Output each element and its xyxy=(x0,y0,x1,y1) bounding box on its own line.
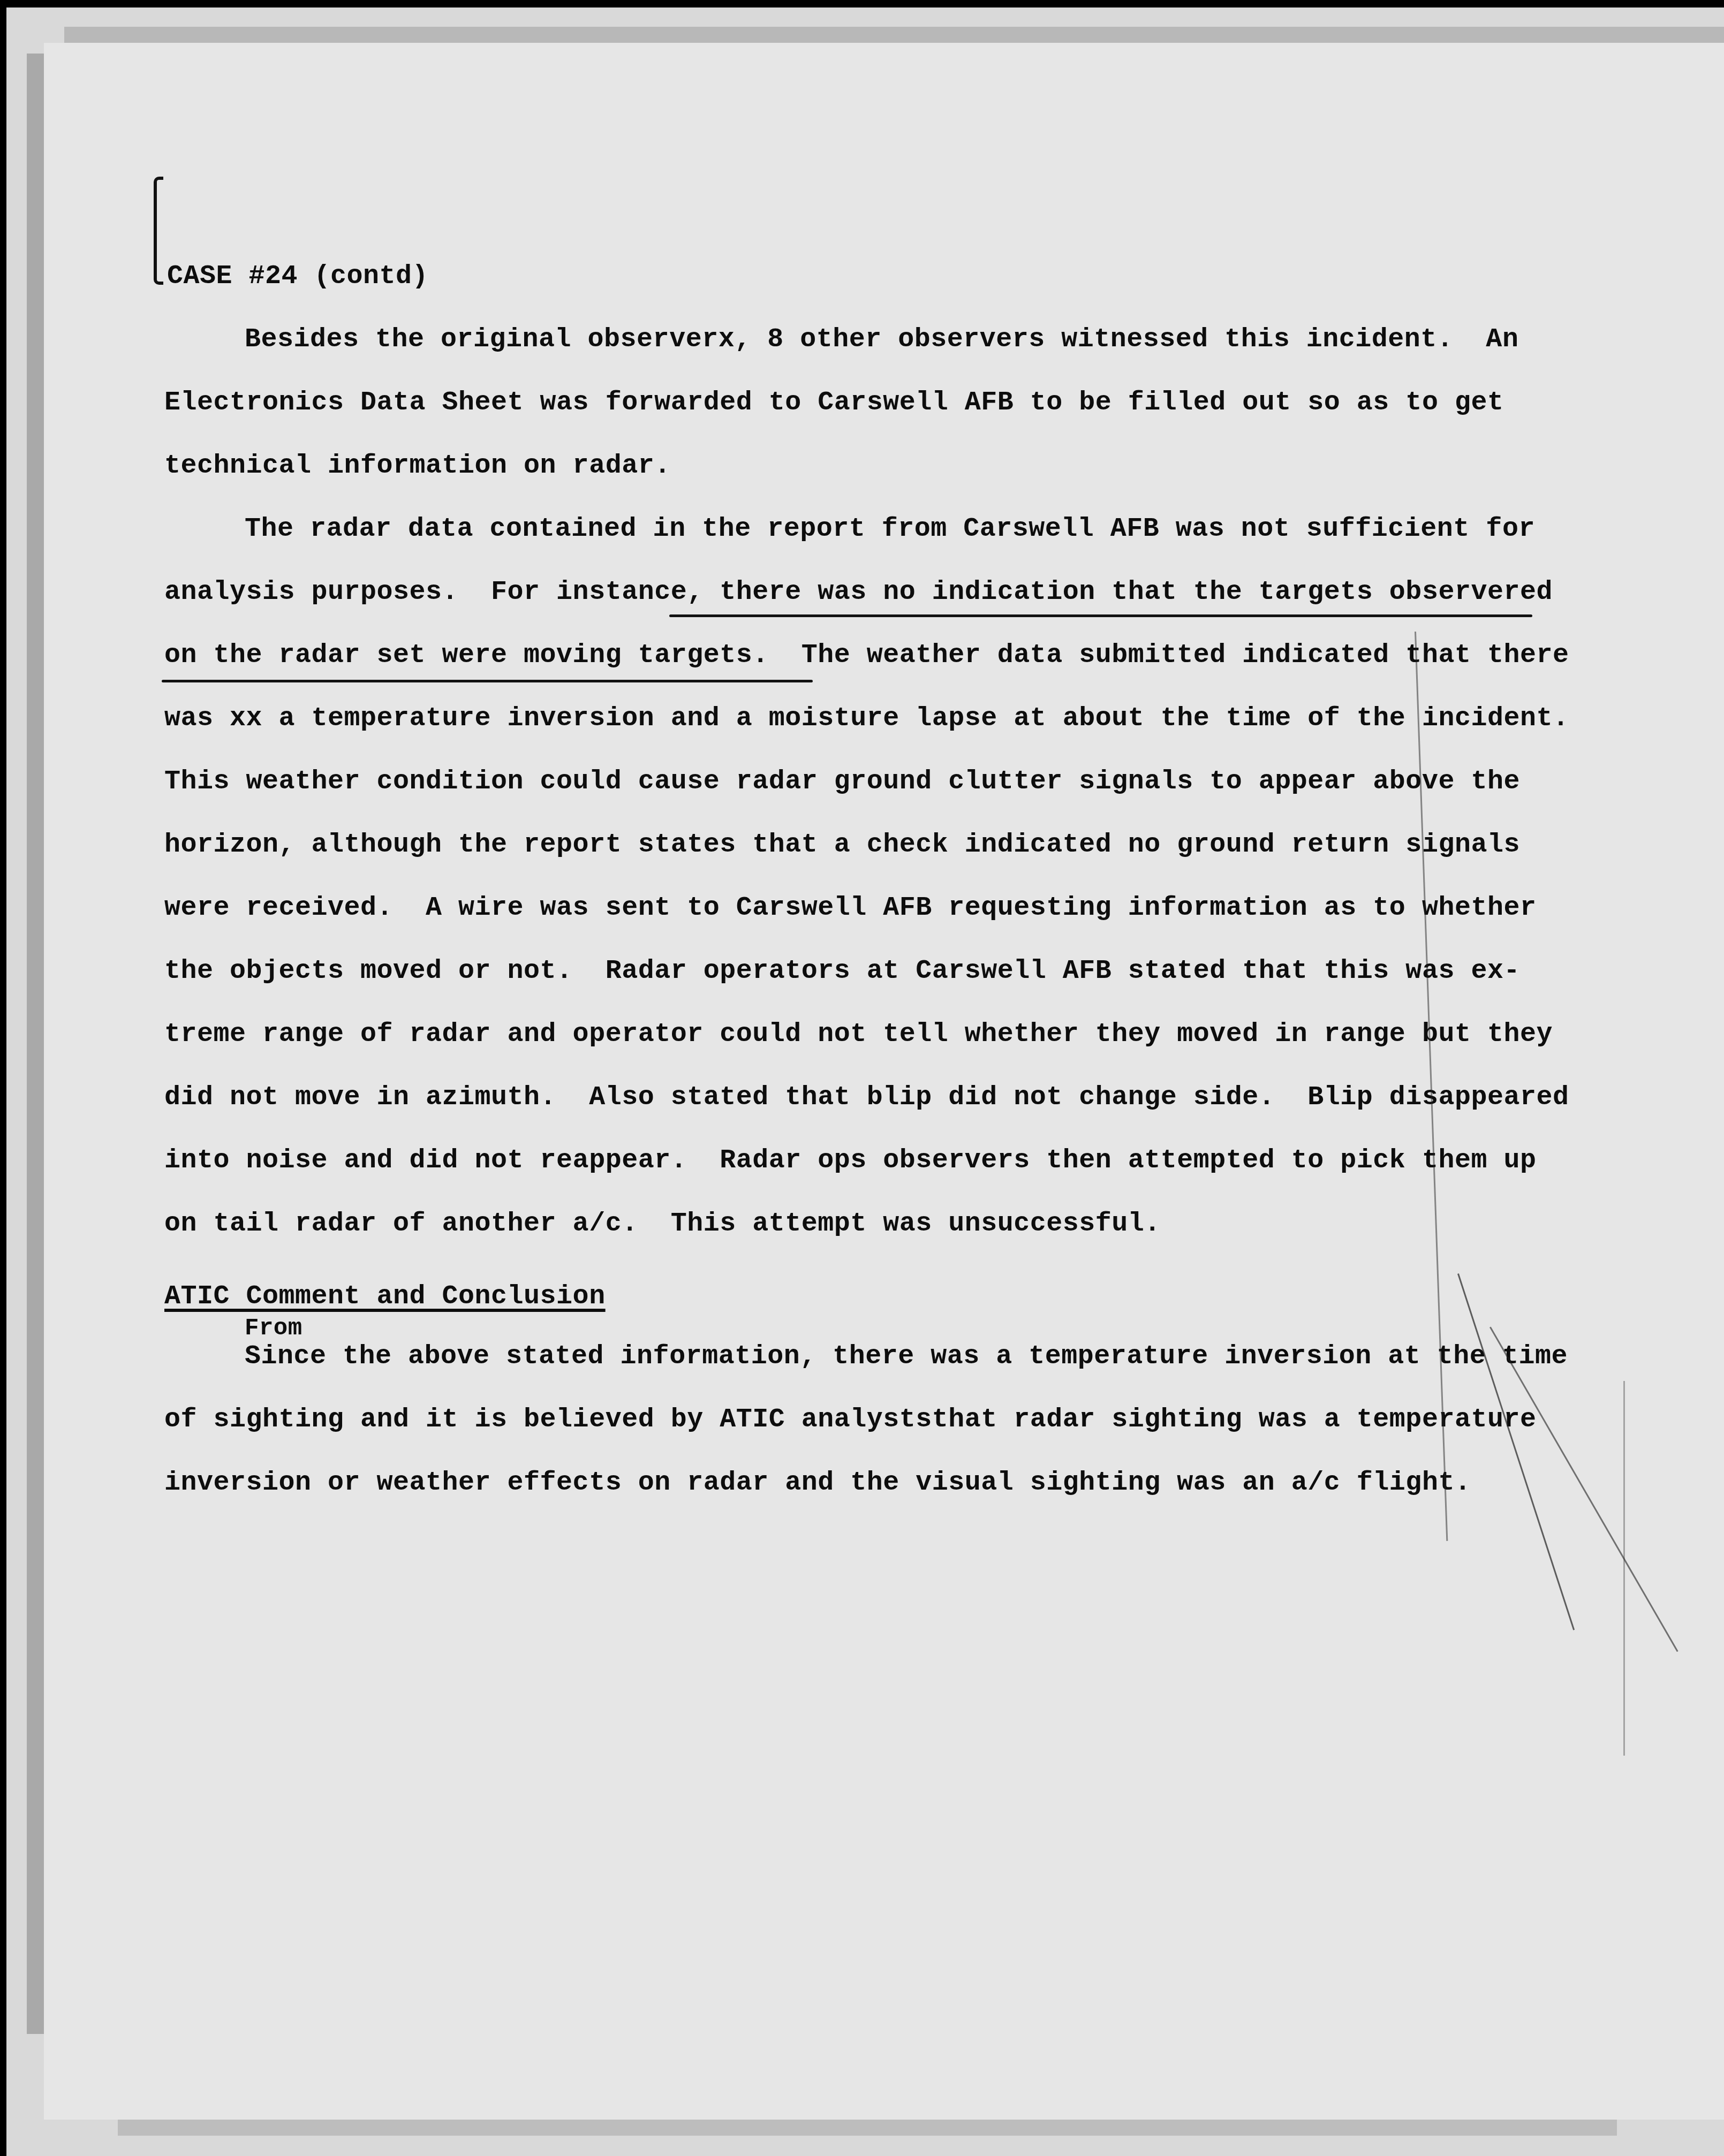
case-heading: CASE #24 (contd) xyxy=(167,263,428,290)
handwritten-insert-from: From xyxy=(245,1317,303,1340)
paragraph-2-line-12: on tail radar of another a/c. This attem… xyxy=(164,1211,1161,1238)
paragraph-2-line-5: This weather condition could cause radar… xyxy=(164,769,1520,795)
paragraph-1-line-2: Electronics Data Sheet was forwarded to … xyxy=(164,390,1503,416)
page-shadow-top xyxy=(64,27,1724,43)
document-page: CASE #24 (contd) Besides the original ob… xyxy=(44,43,1724,2120)
paragraph-2-line-9: treme range of radar and operator could … xyxy=(164,1021,1553,1048)
film-scratch-2 xyxy=(1457,1273,1575,1630)
paragraph-2-line-3: on the radar set were moving targets. Th… xyxy=(164,642,1569,669)
paragraph-2-line-2: analysis purposes. For instance, there w… xyxy=(164,579,1553,606)
conclusion-line-2: of sighting and it is believed by ATIC a… xyxy=(164,1407,1536,1433)
film-scratch-4 xyxy=(1623,1381,1625,1756)
paragraph-2-line-1: The radar data contained in the report f… xyxy=(245,516,1535,543)
handwritten-underline-1 xyxy=(669,614,1532,617)
conclusion-line-3: inversion or weather effects on radar an… xyxy=(164,1470,1471,1497)
conclusion-line-1: Since the above stated information, ther… xyxy=(245,1343,1568,1370)
paragraph-1-line-3: technical information on radar. xyxy=(164,453,671,480)
paragraph-2-line-8: the objects moved or not. Radar operator… xyxy=(164,958,1520,985)
paragraph-1-line-1: Besides the original observerx, 8 other … xyxy=(245,327,1518,353)
paragraph-2-line-7: were received. A wire was sent to Carswe… xyxy=(164,895,1536,922)
handwritten-underline-2 xyxy=(162,680,813,682)
conclusion-title: ATIC Comment and Conclusion xyxy=(164,1284,606,1310)
film-scratch-3 xyxy=(1489,1327,1678,1652)
paragraph-2-line-11: into noise and did not reappear. Radar o… xyxy=(164,1148,1536,1174)
paragraph-2-line-4: was xx a temperature inversion and a moi… xyxy=(164,705,1569,732)
margin-bracket-mark xyxy=(154,177,163,285)
page-shadow-left xyxy=(27,54,44,2034)
paragraph-2-line-10: did not move in azimuth. Also stated tha… xyxy=(164,1084,1569,1111)
paragraph-2-line-6: horizon, although the report states that… xyxy=(164,832,1520,859)
